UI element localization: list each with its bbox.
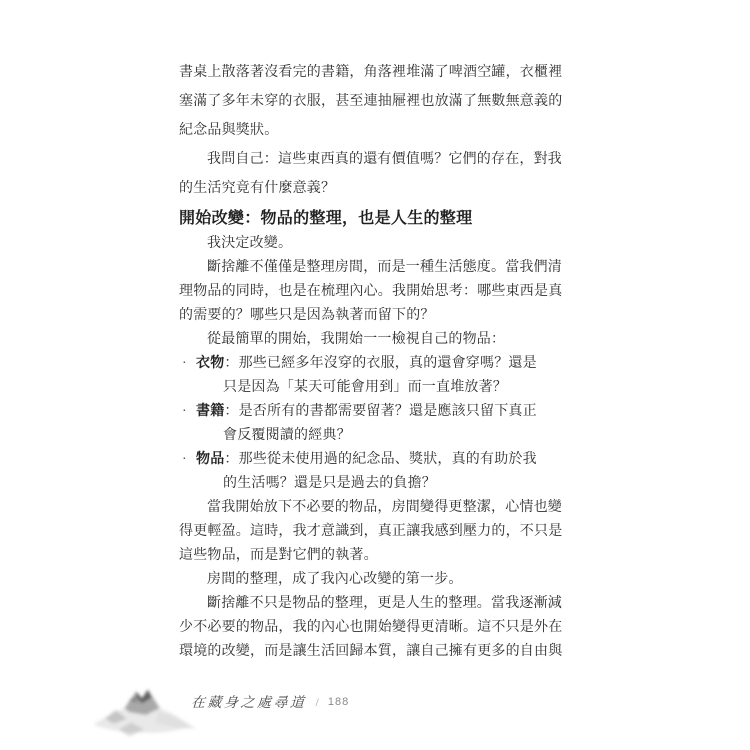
list-text: ：那些已經多年沒穿的衣服，真的還會穿嗎？還是 xyxy=(224,356,536,371)
section-before-heading: 書桌上散落著沒看完的書籍，角落裡堆滿了啤酒空罐，衣櫃裡 塞滿了多年未穿的衣服，甚… xyxy=(179,58,563,203)
section-after-heading: 我決定改變。 斷捨離不僅僅是整理房間，而是一種生活態度。當我們清 理物品的同時，… xyxy=(179,232,563,664)
text-line: 這些物品，而是對它們的執著。 xyxy=(179,544,563,568)
page-body-text: 書桌上散落著沒看完的書籍，角落裡堆滿了啤酒空罐，衣櫃裡 塞滿了多年未穿的衣服，甚… xyxy=(179,58,563,664)
bullet-dot-icon: · xyxy=(182,448,187,472)
footer-separator: / xyxy=(316,695,319,710)
list-item-books: ·書籍：是否所有的書都需要留著？還是應該只留下真正 xyxy=(179,400,563,424)
text-line: 當我開始放下不必要的物品，房間變得更整潔，心情也變 xyxy=(179,496,563,520)
list-item-continuation: 會反覆閱讀的經典？ xyxy=(179,424,563,448)
text-line: 我問自己：這些東西真的還有價值嗎？它們的存在，對我 xyxy=(179,145,563,174)
text-line: 得更輕盈。這時，我才意識到，真正讓我感到壓力的，不只是 xyxy=(179,520,563,544)
bullet-dot-icon: · xyxy=(182,400,187,424)
text-line: 我決定改變。 xyxy=(179,232,563,256)
list-item-continuation: 的生活嗎？還是只是過去的負擔？ xyxy=(179,472,563,496)
text-line: 的需要的？哪些只是因為執著而留下的？ xyxy=(179,304,563,328)
page-number: 188 xyxy=(328,696,349,708)
book-title: 在藏身之處尋道 xyxy=(190,692,307,712)
text-line: 理物品的同時，也是在梳理內心。我開始思考：哪些東西是真 xyxy=(179,280,563,304)
bullet-dot-icon: · xyxy=(182,352,187,376)
text-line: 少不必要的物品，我的內心也開始變得更清晰。這不只是外在 xyxy=(179,616,563,640)
ink-mountain-icon xyxy=(84,678,202,744)
running-footer: 在藏身之處尋道 / 188 xyxy=(191,692,349,712)
text-line: 斷捨離不僅僅是整理房間，而是一種生活態度。當我們清 xyxy=(179,256,563,280)
text-line: 紀念品與獎狀。 xyxy=(179,116,563,145)
text-line: 斷捨離不只是物品的整理，更是人生的整理。當我逐漸減 xyxy=(179,592,563,616)
list-term: 書籍 xyxy=(196,404,224,419)
list-text: ：是否所有的書都需要留著？還是應該只留下真正 xyxy=(224,404,536,419)
text-line: 從最簡單的開始，我開始一一檢視自己的物品： xyxy=(179,328,563,352)
text-line: 的生活究竟有什麼意義？ xyxy=(179,174,563,203)
list-text: ：那些從未使用過的紀念品、獎狀，真的有助於我 xyxy=(224,452,536,467)
list-term: 物品 xyxy=(196,452,224,467)
book-page: 書桌上散落著沒看完的書籍，角落裡堆滿了啤酒空罐，衣櫃裡 塞滿了多年未穿的衣服，甚… xyxy=(0,0,750,750)
text-line: 塞滿了多年未穿的衣服，甚至連抽屜裡也放滿了無數無意義的 xyxy=(179,87,563,116)
text-line: 書桌上散落著沒看完的書籍，角落裡堆滿了啤酒空罐，衣櫃裡 xyxy=(179,58,563,87)
section-heading: 開始改變：物品的整理，也是人生的整理 xyxy=(179,205,563,232)
page-footer: 在藏身之處尋道 / 188 xyxy=(0,676,750,750)
text-line: 環境的改變，而是讓生活回歸本質，讓自己擁有更多的自由與 xyxy=(179,640,563,664)
list-term: 衣物 xyxy=(196,356,224,371)
list-item-objects: ·物品：那些從未使用過的紀念品、獎狀，真的有助於我 xyxy=(179,448,563,472)
list-item-continuation: 只是因為「某天可能會用到」而一直堆放著？ xyxy=(179,376,563,400)
list-item-clothes: ·衣物：那些已經多年沒穿的衣服，真的還會穿嗎？還是 xyxy=(179,352,563,376)
text-line: 房間的整理，成了我內心改變的第一步。 xyxy=(179,568,563,592)
